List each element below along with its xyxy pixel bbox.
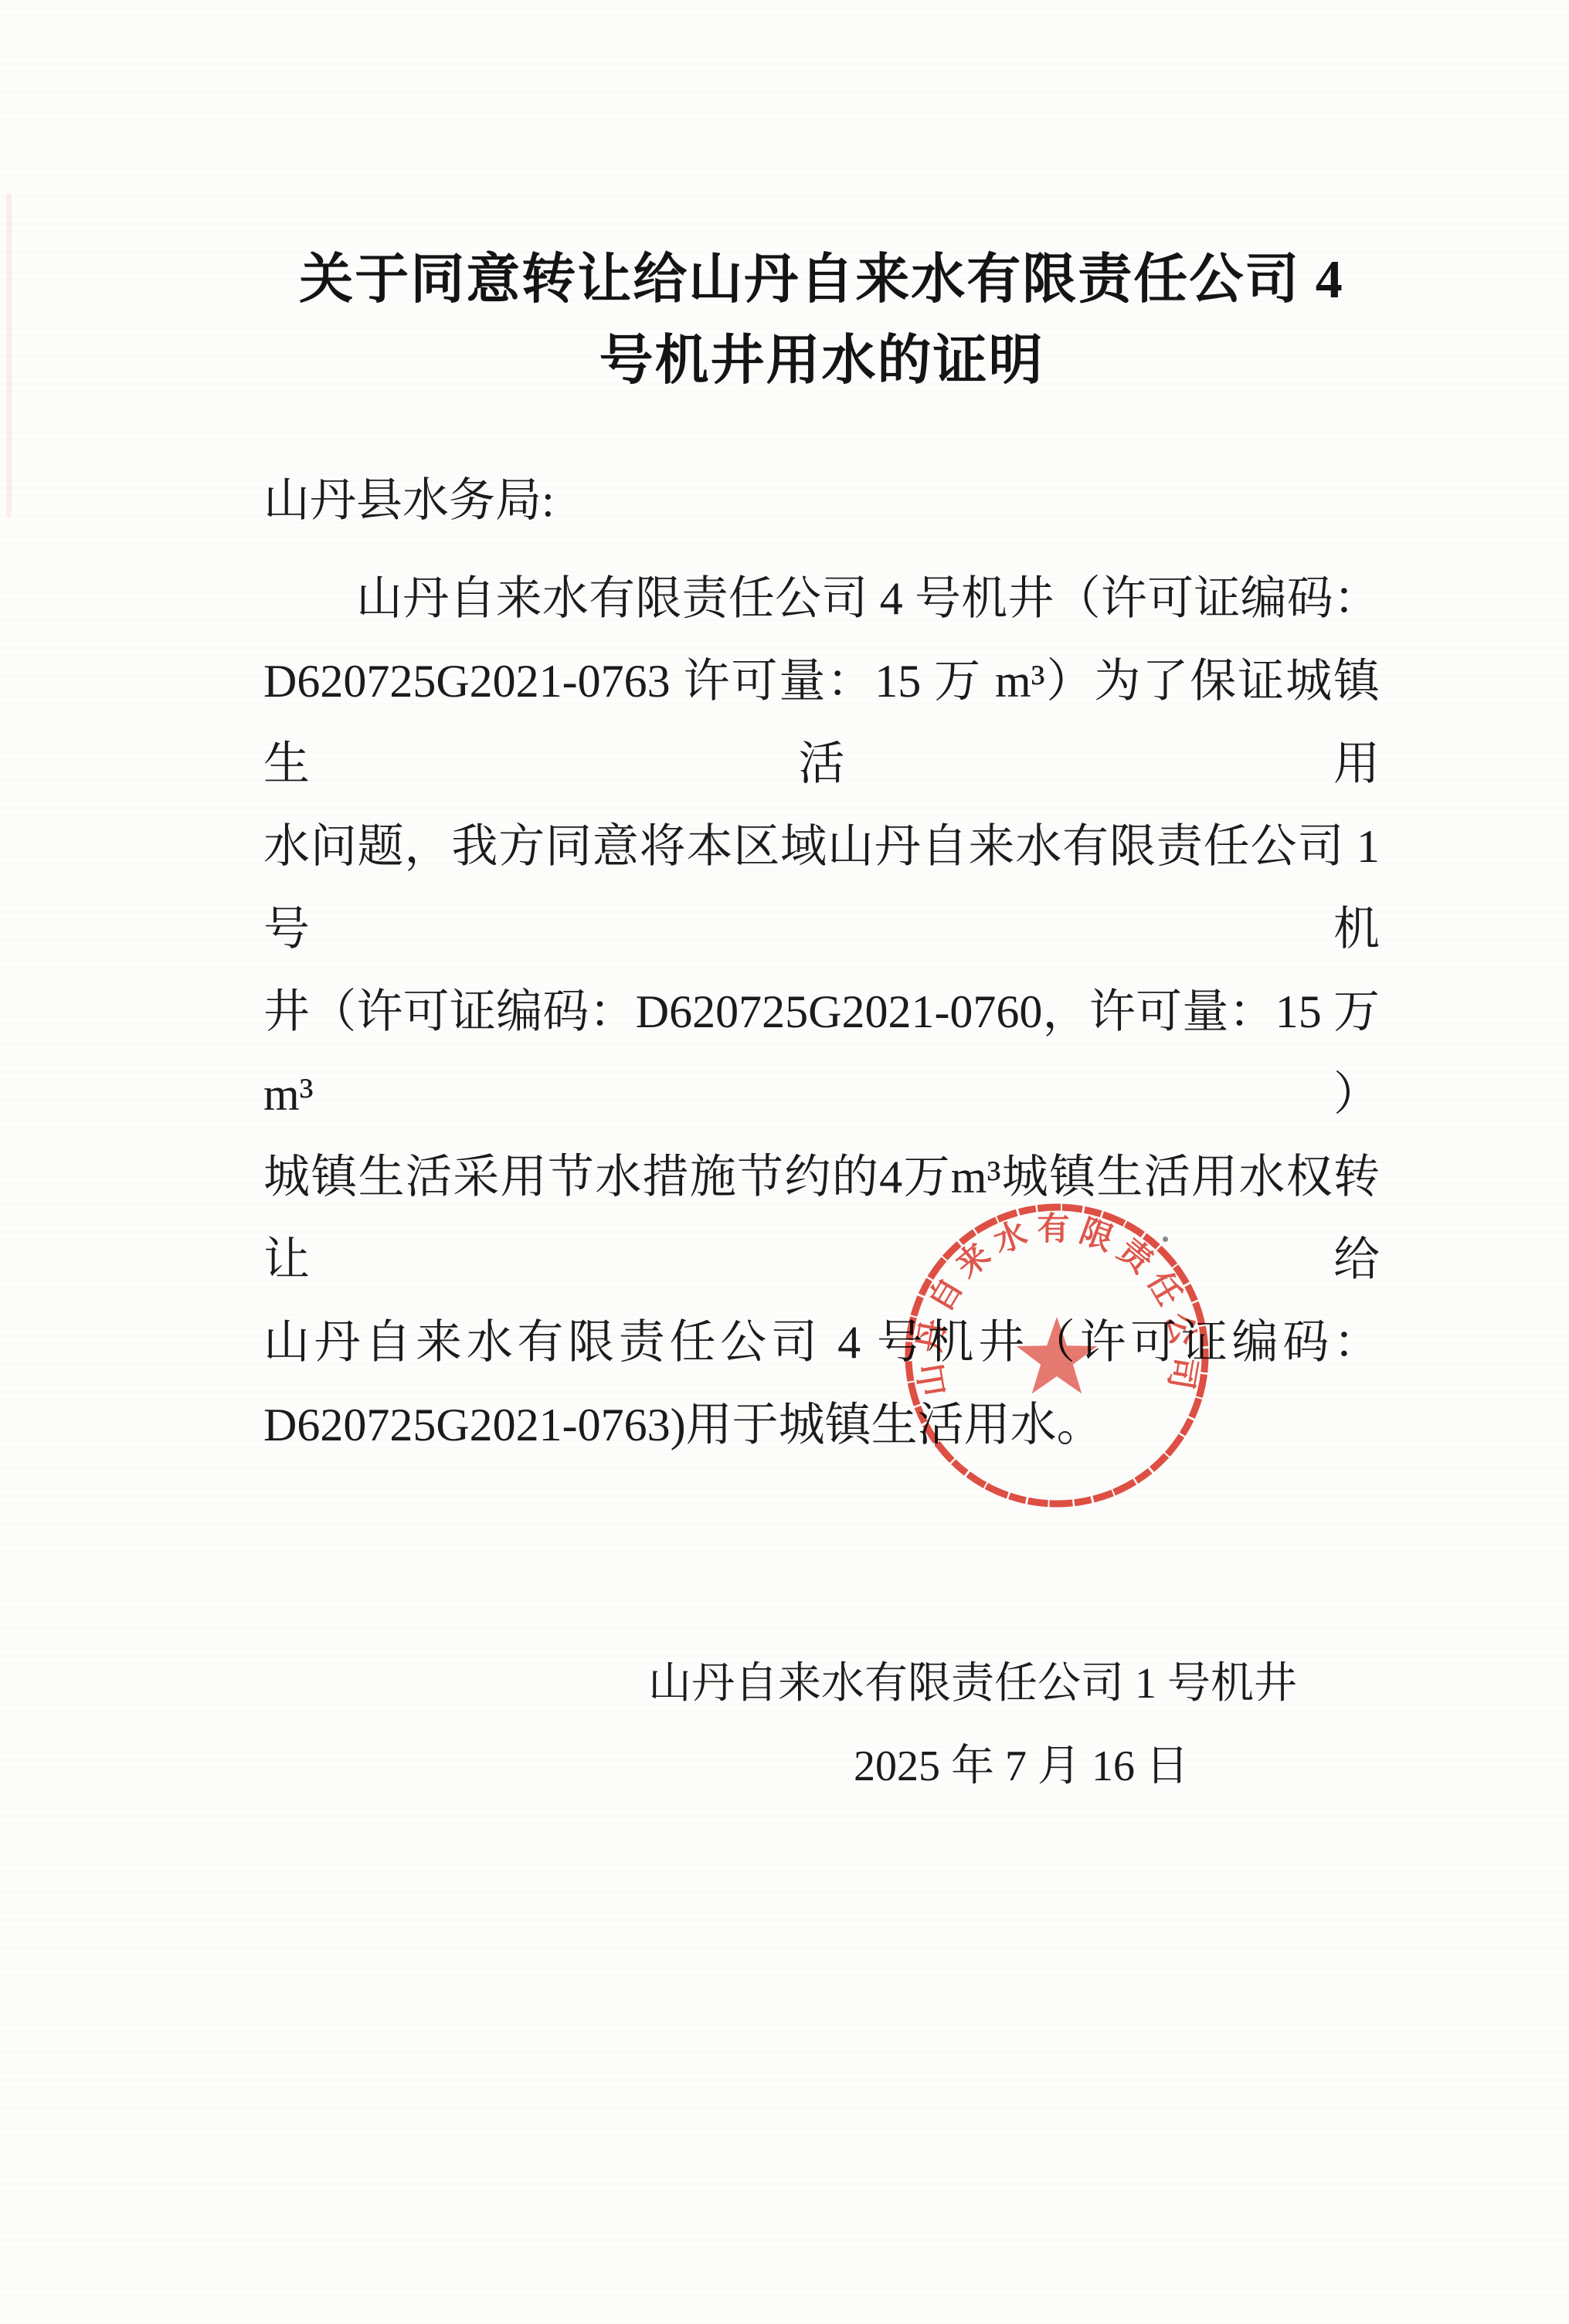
signature-line: 山丹自来水有限责任公司 1 号机井 bbox=[263, 1643, 1297, 1725]
body-line: D620725G2021-0763 许可量：15 万 m³）为了保证城镇生活用 bbox=[263, 640, 1380, 806]
body-line: 城镇生活采用节水措施节约的4万m³城镇生活用水权转让给 bbox=[263, 1136, 1380, 1301]
body-line: D620725G2021-0763)用于城镇生活用水。 bbox=[263, 1384, 1380, 1467]
title-line-2: 号机井用水的证明 bbox=[263, 321, 1380, 402]
body-line: 山丹自来水有限责任公司 4 号机井（许可证编码： bbox=[263, 558, 1380, 640]
body-line: 井（许可证编码：D620725G2021-0760，许可量：15 万 m³） bbox=[263, 971, 1380, 1136]
title-line-1: 关于同意转让给山丹自来水有限责任公司 4 bbox=[263, 239, 1380, 321]
letter-body: 山丹自来水有限责任公司 4 号机井（许可证编码： D620725G2021-07… bbox=[263, 558, 1380, 1467]
body-line: 山丹自来水有限责任公司 4 号机井（许可证编码： bbox=[263, 1301, 1380, 1384]
signature-block: 山丹自来水有限责任公司 1 号机井 2025 年 7 月 16 日 bbox=[263, 1643, 1380, 1808]
date-line: 2025 年 7 月 16 日 bbox=[263, 1725, 1189, 1808]
document-title: 关于同意转让给山丹自来水有限责任公司 4 号机井用水的证明 bbox=[263, 239, 1380, 402]
body-line: 水问题，我方同意将本区域山丹自来水有限责任公司 1 号机 bbox=[263, 806, 1380, 971]
letter-content: 关于同意转让给山丹自来水有限责任公司 4 号机井用水的证明 山丹县水务局: 山丹… bbox=[0, 0, 1569, 1808]
scanned-document-page: 关于同意转让给山丹自来水有限责任公司 4 号机井用水的证明 山丹县水务局: 山丹… bbox=[0, 0, 1569, 2324]
addressee-line: 山丹县水务局: bbox=[263, 460, 1380, 542]
